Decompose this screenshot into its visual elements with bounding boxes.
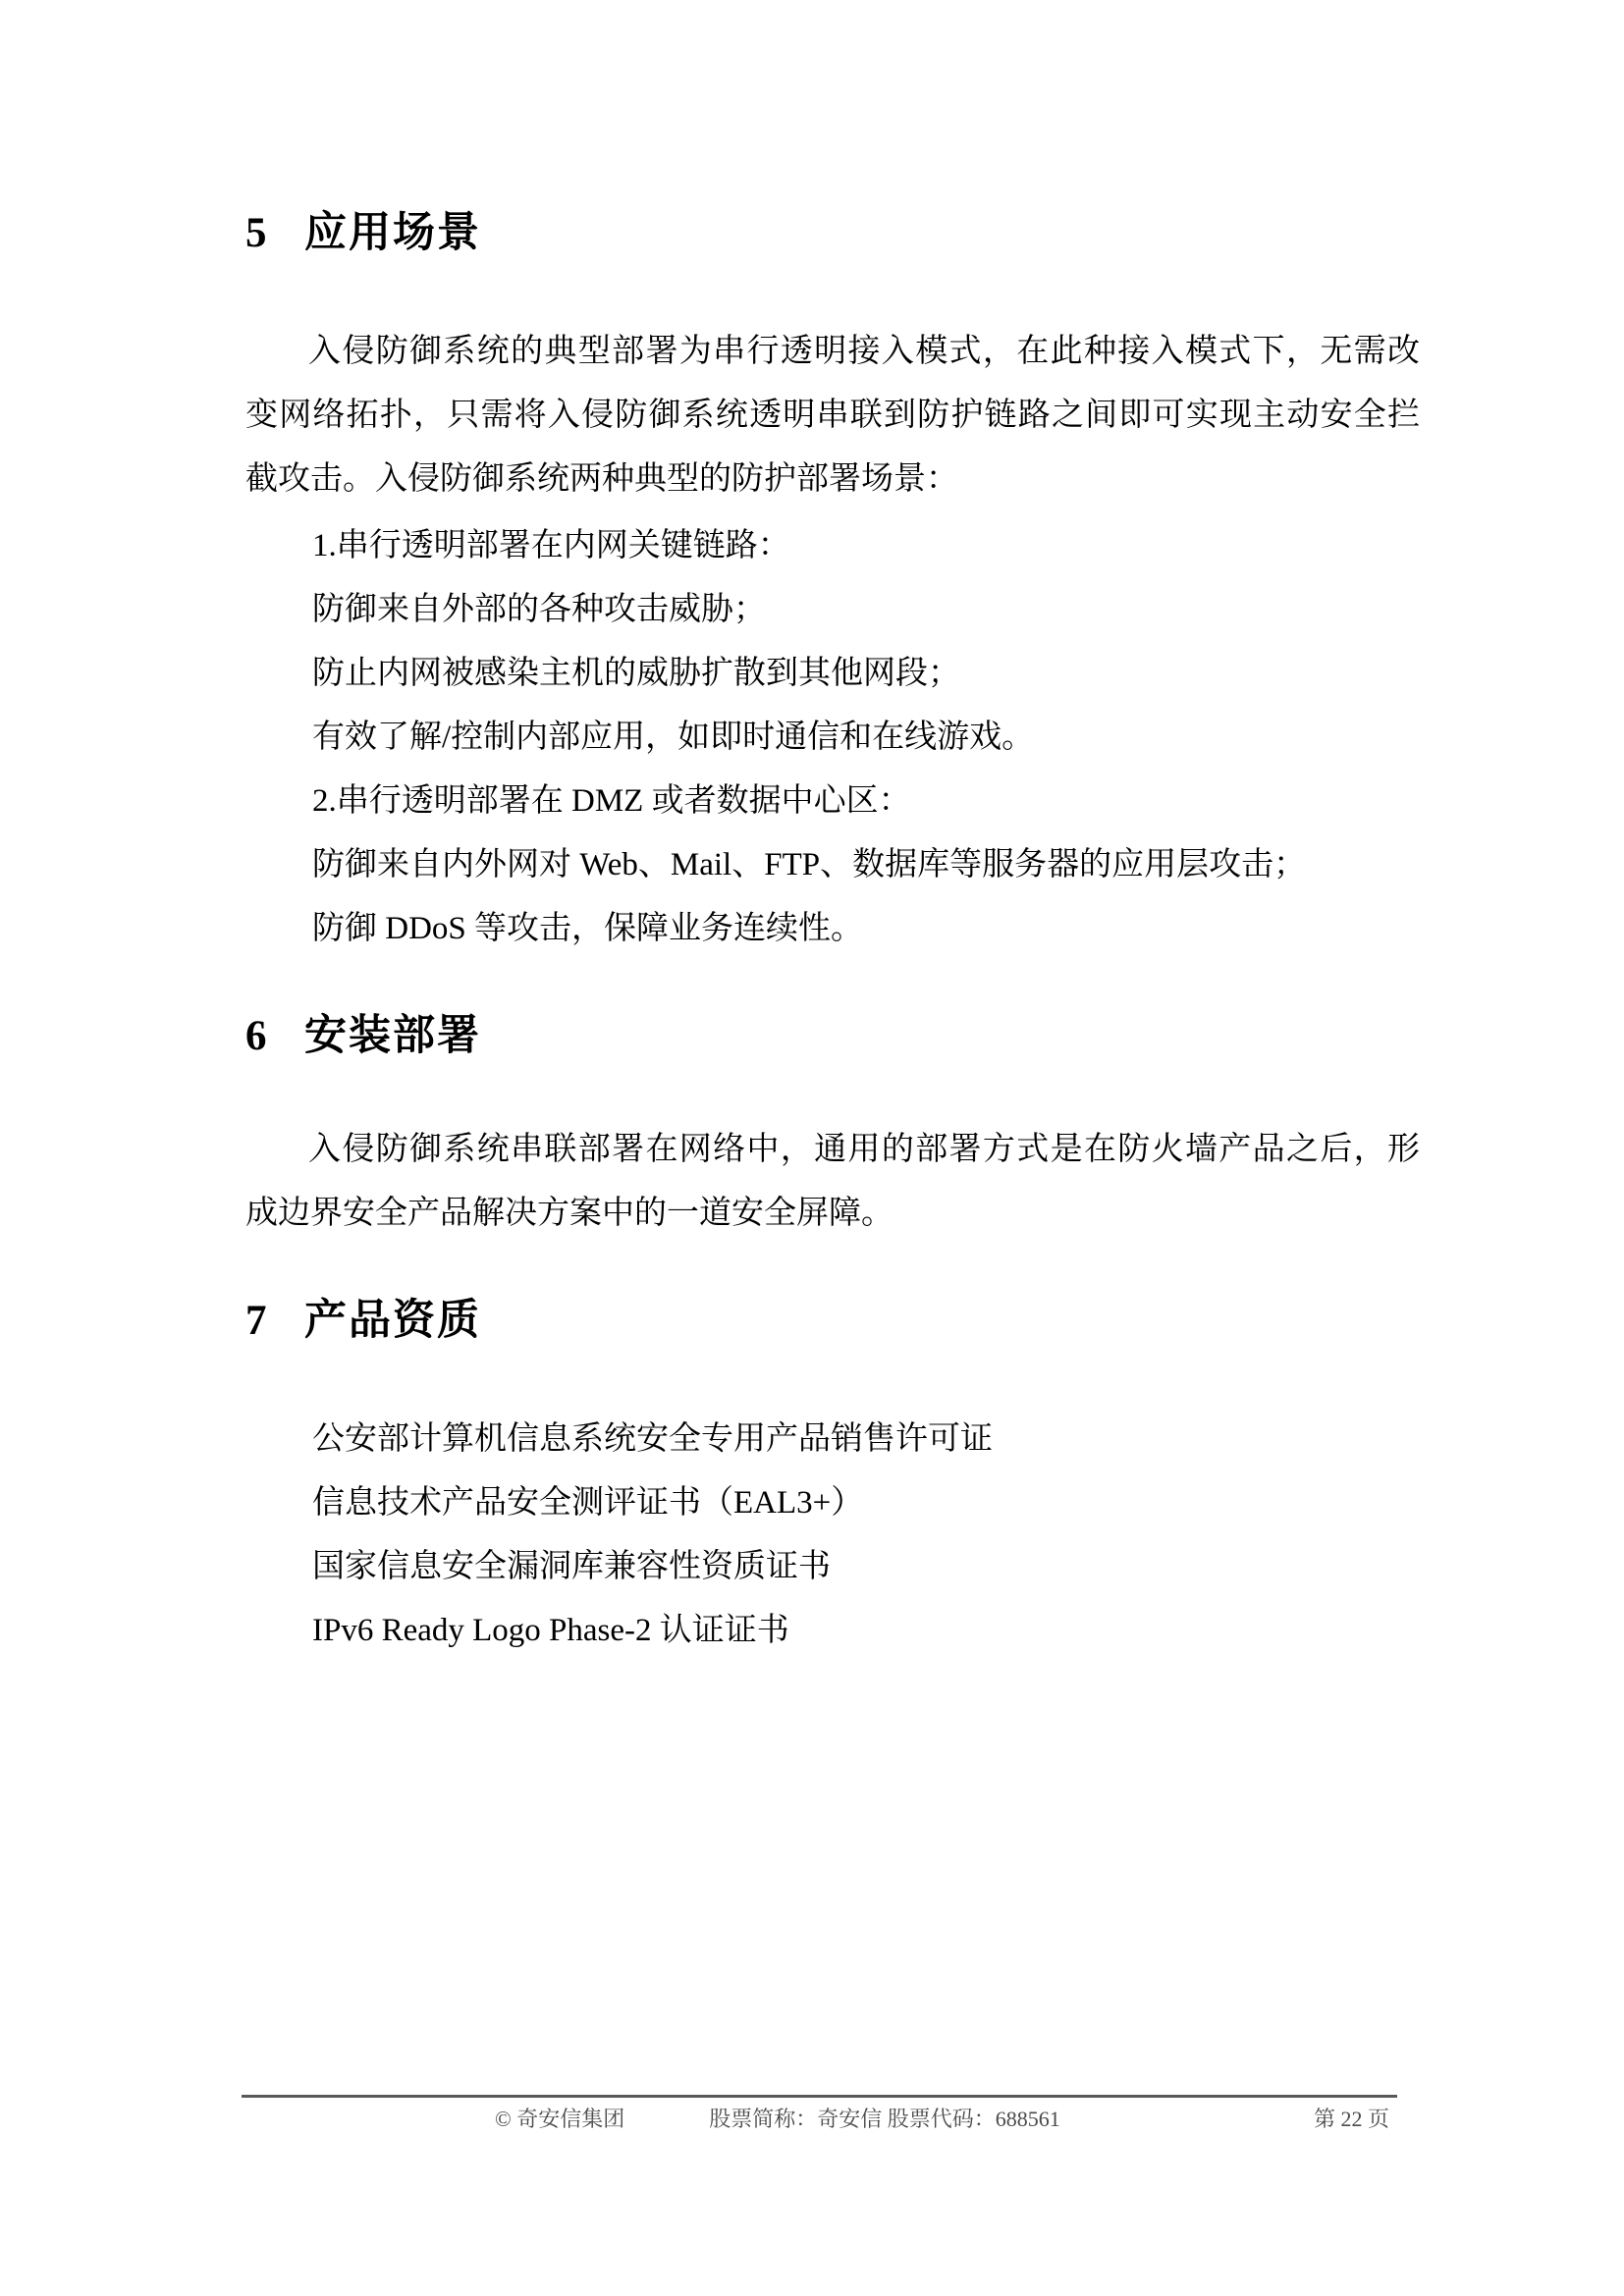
certification-item: 公安部计算机信息系统安全专用产品销售许可证: [312, 1408, 1420, 1471]
scenario-item: 有效了解/控制内部应用，如即时通信和在线游戏。: [312, 706, 1420, 770]
section-5-paragraph: 入侵防御系统的典型部署为串行透明接入模式，在此种接入模式下，无需改 变网络拓扑，…: [245, 320, 1420, 511]
scenario-item: 防御 DDoS 等攻击，保障业务连续性。: [312, 897, 1420, 961]
scenario-item: 防止内网被感染主机的威胁扩散到其他网段；: [312, 642, 1420, 706]
section-heading-6: 6安装部署: [245, 1015, 1420, 1057]
scenario-item: 防御来自外部的各种攻击威胁；: [312, 578, 1420, 642]
scenario-list: 1.串行透明部署在内网关键链路： 防御来自外部的各种攻击威胁； 防止内网被感染主…: [245, 514, 1420, 961]
certification-item: 国家信息安全漏洞库兼容性资质证书: [312, 1535, 1420, 1599]
paragraph-line: 入侵防御系统串联部署在网络中，通用的部署方式是在防火墙产品之后，形: [245, 1118, 1420, 1182]
section-title: 安装部署: [304, 1013, 481, 1059]
certification-list: 公安部计算机信息系统安全专用产品销售许可证 信息技术产品安全测评证书（EAL3+…: [245, 1408, 1420, 1663]
footer-text-row: © 奇安信集团 股票简称：奇安信 股票代码：688561 第 22 页: [242, 2107, 1397, 2132]
scenario-item: 1.串行透明部署在内网关键链路：: [312, 514, 1420, 578]
section-title: 产品资质: [304, 1298, 481, 1344]
scenario-item: 2.串行透明部署在 DMZ 或者数据中心区：: [312, 770, 1420, 833]
document-page: 5应用场景 入侵防御系统的典型部署为串行透明接入模式，在此种接入模式下，无需改 …: [0, 0, 1624, 2296]
section-number: 7: [245, 1300, 304, 1342]
section-heading-7: 7产品资质: [245, 1300, 1420, 1342]
paragraph-line: 入侵防御系统的典型部署为串行透明接入模式，在此种接入模式下，无需改: [245, 320, 1420, 384]
certification-item: IPv6 Ready Logo Phase-2 认证证书: [312, 1599, 1420, 1663]
paragraph-line: 成边界安全产品解决方案中的一道安全屏障。: [245, 1182, 1420, 1246]
section-heading-5: 5应用场景: [245, 212, 1420, 254]
section-6-paragraph: 入侵防御系统串联部署在网络中，通用的部署方式是在防火墙产品之后，形 成边界安全产…: [245, 1118, 1420, 1246]
scenario-item: 防御来自内外网对 Web、Mail、FTP、数据库等服务器的应用层攻击；: [312, 833, 1420, 897]
page-footer: © 奇安信集团 股票简称：奇安信 股票代码：688561 第 22 页: [242, 2095, 1397, 2132]
footer-stock-info: 股票简称：奇安信 股票代码：688561: [709, 2107, 1060, 2132]
paragraph-line: 截攻击。入侵防御系统两种典型的防护部署场景：: [245, 448, 1420, 511]
section-title: 应用场景: [304, 210, 481, 256]
paragraph-line: 变网络拓扑，只需将入侵防御系统透明串联到防护链路之间即可实现主动安全拦: [245, 384, 1420, 448]
footer-page-number: 第 22 页: [1314, 2107, 1389, 2132]
certification-item: 信息技术产品安全测评证书（EAL3+）: [312, 1471, 1420, 1535]
section-number: 5: [245, 212, 304, 254]
footer-copyright: © 奇安信集团: [495, 2107, 624, 2132]
section-number: 6: [245, 1015, 304, 1057]
